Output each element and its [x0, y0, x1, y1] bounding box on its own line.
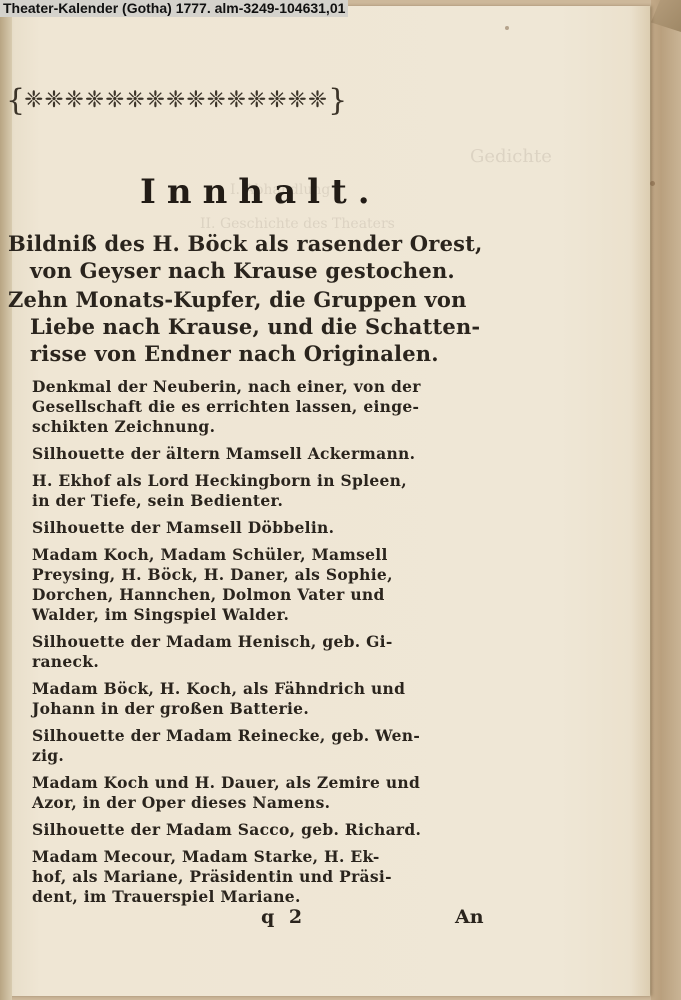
entry-line: Silhouette der Madam Reinecke, geb. Wen-	[54, 726, 498, 746]
entry-line: dent, im Trauerspiel Mariane.	[54, 887, 498, 907]
contents-entry: Madam Koch und H. Dauer, als Zemire und …	[8, 773, 498, 813]
entry-line: Silhouette der Madam Henisch, geb. Gi-	[54, 632, 498, 652]
entry-line: Denkmal der Neuberin, nach einer, von de…	[54, 377, 498, 397]
entry-line: in der Tiefe, sein Bedienter.	[54, 491, 498, 511]
ornament-flower-icon: ❈❈❈❈❈❈❈❈❈❈❈❈❈❈❈	[24, 87, 328, 113]
entry-line: von Geyser nach Krause gestochen.	[8, 257, 498, 284]
entry-line: Preysing, H. Böck, H. Daner, als Sophie,	[54, 565, 498, 585]
entry-line: schikten Zeichnung.	[54, 417, 498, 437]
entry-line: Azor, in der Oper dieses Namens.	[54, 793, 498, 813]
contents-entry: Silhouette der Madam Henisch, geb. Gi- r…	[8, 632, 498, 672]
page-title: Innhalt.	[140, 172, 381, 212]
entry-line: Madam Koch und H. Dauer, als Zemire und	[54, 773, 498, 793]
paper-stain	[650, 181, 655, 186]
entry-line: Madam Mecour, Madam Starke, H. Ek-	[54, 847, 498, 867]
page-edge	[651, 0, 681, 1000]
entry-line: Johann in der großen Batterie.	[54, 699, 498, 719]
contents-entry-large: Zehn Monats-Kupfer, die Gruppen von Lieb…	[8, 286, 498, 367]
decorative-ornament-band: { ❈❈❈❈❈❈❈❈❈❈❈❈❈❈❈ }	[6, 80, 472, 120]
ornament-left-bracket: {	[6, 83, 24, 118]
entry-line: Bildniß des H. Böck als rasender Orest,	[8, 231, 483, 256]
contents-entry: Silhouette der Mamsell Döbbelin.	[8, 518, 498, 538]
contents-entry: Silhouette der Madam Reinecke, geb. Wen-…	[8, 726, 498, 766]
signature-mark: q 2	[261, 906, 306, 928]
ornament-right-bracket: }	[328, 83, 346, 118]
contents-entry: Madam Mecour, Madam Starke, H. Ek- hof, …	[8, 847, 498, 907]
entry-line: Dorchen, Hannchen, Dolmon Vater und	[54, 585, 498, 605]
entry-line: Liebe nach Krause, und die Schatten-	[8, 313, 498, 340]
entry-line: Silhouette der Madam Sacco, geb. Richard…	[54, 820, 498, 840]
contents-entry: Silhouette der ältern Mamsell Ackermann.	[8, 444, 498, 464]
entry-line: Zehn Monats-Kupfer, die Gruppen von	[8, 287, 467, 312]
book-page: Gedichte I. Abhandlung II. Geschichte de…	[0, 6, 650, 996]
contents-entry: Denkmal der Neuberin, nach einer, von de…	[8, 377, 498, 437]
contents-entry: H. Ekhof als Lord Heckingborn in Spleen,…	[8, 471, 498, 511]
entry-line: Gesellschaft die es errichten lassen, ei…	[54, 397, 498, 417]
entry-line: H. Ekhof als Lord Heckingborn in Spleen,	[54, 471, 498, 491]
entry-line: Madam Böck, H. Koch, als Fähndrich und	[54, 679, 498, 699]
image-caption: Theater-Kalender (Gotha) 1777. alm-3249-…	[0, 0, 348, 17]
entry-line: Walder, im Singspiel Walder.	[54, 605, 498, 625]
entry-line: Madam Koch, Madam Schüler, Mamsell	[54, 545, 498, 565]
contents-entry-large: Bildniß des H. Böck als rasender Orest, …	[8, 230, 498, 284]
entry-line: risse von Endner nach Originalen.	[8, 340, 498, 367]
entry-line: Silhouette der ältern Mamsell Ackermann.	[54, 444, 498, 464]
show-through-text: Gedichte	[470, 146, 552, 167]
entry-line: hof, als Mariane, Präsidentin und Präsi-	[54, 867, 498, 887]
contents-entry: Silhouette der Madam Sacco, geb. Richard…	[8, 820, 498, 840]
contents-list: Bildniß des H. Böck als rasender Orest, …	[8, 230, 498, 907]
paper-stain	[505, 26, 509, 30]
entry-line: Silhouette der Mamsell Döbbelin.	[54, 518, 498, 538]
entry-line: raneck.	[54, 652, 498, 672]
catchword: An	[455, 906, 484, 928]
contents-entry: Madam Koch, Madam Schüler, Mamsell Preys…	[8, 545, 498, 625]
contents-entry: Madam Böck, H. Koch, als Fähndrich und J…	[8, 679, 498, 719]
entry-line: zig.	[54, 746, 498, 766]
